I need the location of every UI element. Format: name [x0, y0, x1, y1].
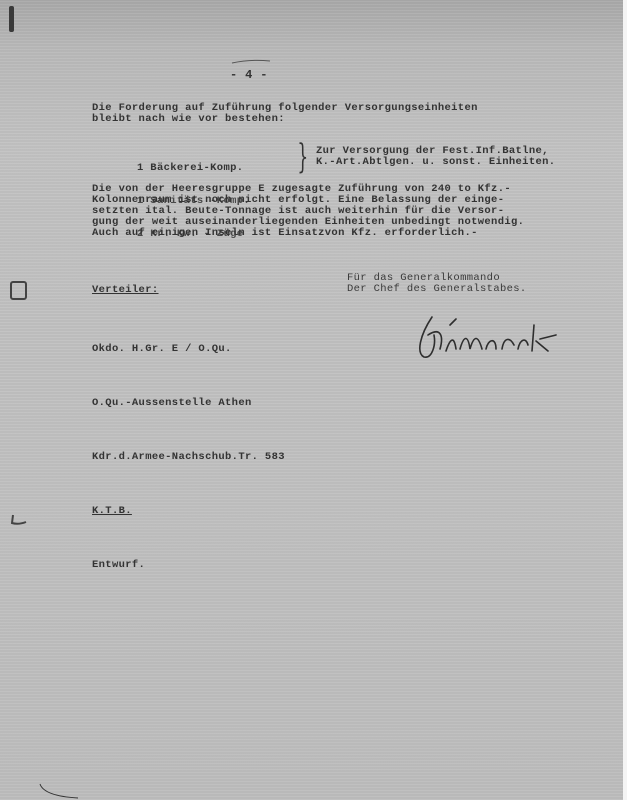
- page-number: - 4 -: [230, 70, 268, 81]
- pen-stroke-icon: [38, 782, 88, 800]
- page-edge: [623, 0, 627, 800]
- signature-block: Für das Generalkommando Der Chef des Gen…: [347, 273, 527, 295]
- margin-mark-icon: [10, 281, 27, 300]
- distribution-list: Okdo. H.Gr. E / O.Qu. O.Qu.-Aussenstelle…: [92, 304, 285, 610]
- distribution-item: Entwurf.: [92, 556, 285, 574]
- punch-mark: [9, 6, 14, 32]
- pen-mark-icon: [230, 55, 280, 69]
- handwritten-signature: [410, 305, 570, 365]
- scanned-page: - 4 - Die Forderung auf Zuführung folgen…: [0, 0, 627, 800]
- paragraph-transport: Die von der Heeresgruppe E zugesagte Zuf…: [92, 184, 524, 239]
- margin-tick-icon: [10, 513, 30, 527]
- units-purpose: Zur Versorgung der Fest.Inf.Batlne, K.-A…: [316, 146, 555, 168]
- distribution-label: Verteiler:: [92, 285, 159, 296]
- unit-item: 1 Bäckerei-Komp.: [137, 163, 250, 174]
- paragraph-demand: Die Forderung auf Zuführung folgender Ve…: [92, 103, 478, 125]
- brace-icon: }: [297, 139, 308, 175]
- distribution-item: O.Qu.-Aussenstelle Athen: [92, 394, 285, 412]
- distribution-item: Kdr.d.Armee-Nachschub.Tr. 583: [92, 448, 285, 466]
- distribution-item: Okdo. H.Gr. E / O.Qu.: [92, 340, 285, 358]
- distribution-item: K.T.B.: [92, 502, 285, 520]
